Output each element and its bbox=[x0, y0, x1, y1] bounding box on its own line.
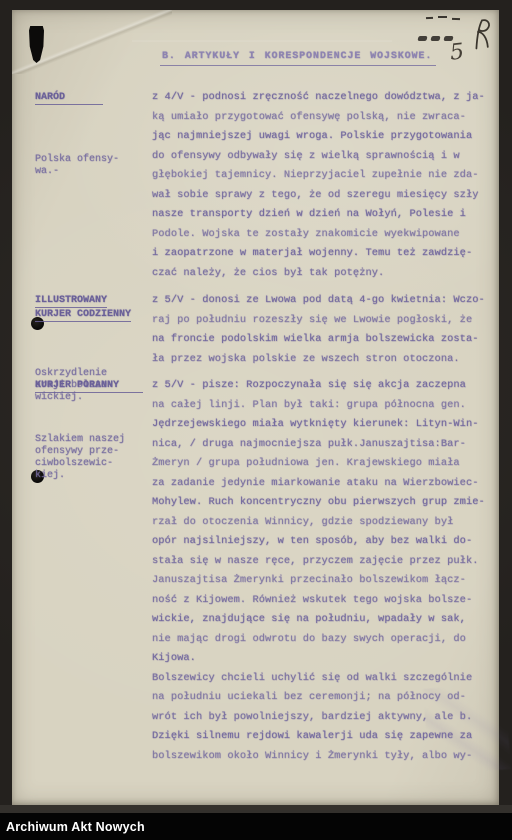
body-line: z 5/V - donosi ze Lwowa pod datą 4-go kw… bbox=[152, 291, 493, 311]
body-line: i zaopatrzone w materjał wojenny. Temu t… bbox=[152, 244, 493, 264]
body-line: czać należy, że cios był tak potężny. bbox=[152, 264, 493, 284]
margin-heading: KURJER CODZIENNY bbox=[35, 308, 131, 322]
margin-note-line: wa.- bbox=[35, 166, 151, 178]
pencil-smudge-marks bbox=[418, 28, 466, 36]
margin-note-line: Polska ofensy- bbox=[35, 154, 151, 166]
margin-heading: ILLUSTROWANY bbox=[35, 294, 107, 308]
body-line: do ofensywy odbywały się z wielką sprawn… bbox=[152, 147, 493, 167]
body-line: nica, / druga najmocniejsza pułk.Janusza… bbox=[152, 435, 493, 455]
body-line: nie mając drogi odwrotu do bazy swych op… bbox=[152, 630, 493, 650]
body-line: ką umiało przygotować ofensywę polską, n… bbox=[152, 108, 493, 128]
paper-crease bbox=[132, 36, 392, 46]
faint-stamp-smudge bbox=[423, 683, 511, 775]
document-title: B. ARTYKUŁY I KORESPONDENCJE WOJSKOWE. bbox=[160, 51, 436, 66]
archive-name: Archiwum Akt Nowych bbox=[6, 820, 145, 834]
body-line: głębokiej tajemnicy. Nieprzyjaciel zupeł… bbox=[152, 166, 493, 186]
body-line: Bolszewicy chcieli uchylić się od walki … bbox=[152, 669, 493, 689]
margin-heading: NARÓD bbox=[35, 91, 103, 105]
body-line: jąc najmniejszej uwagi wroga. Polskie pr… bbox=[152, 127, 493, 147]
body-line: stała się w nasze ręce, przyczem zajęcie… bbox=[152, 552, 493, 572]
body-line: Mohylew. Ruch koncentryczny obu pierwszy… bbox=[152, 493, 493, 513]
body-line: wickie, znajdujące się na południu, wpad… bbox=[152, 610, 493, 630]
body-line: wał sobie sprawy z tego, że od szeregu m… bbox=[152, 186, 493, 206]
body-line: Jędrzejewskiego miała wytknięty kierunek… bbox=[152, 415, 493, 435]
scan-background: 5 B. ARTYKUŁY I KORESPONDENCJE WOJSKOWE.… bbox=[0, 0, 512, 840]
body-line: za zadanie jedynie miarkowanie ataku na … bbox=[152, 474, 493, 494]
body-column: z 5/V - donosi ze Lwowa pod datą 4-go kw… bbox=[152, 291, 493, 369]
margin-note-line: ciwbolszewic- bbox=[35, 458, 151, 470]
margin-column: KURJER PORANNY Szlakiem naszejofensywy p… bbox=[35, 376, 151, 482]
body-line: ność z Kijowem. Również wskutek tego woj… bbox=[152, 591, 493, 611]
document-page: 5 B. ARTYKUŁY I KORESPONDENCJE WOJSKOWE.… bbox=[12, 10, 499, 805]
pencil-dash-marks bbox=[426, 16, 478, 21]
body-line: na froncie podolskim wielka armja bolsze… bbox=[152, 330, 493, 350]
body-line: Kijowa. bbox=[152, 649, 493, 669]
margin-column: NARÓD Polska ofensy-wa.- bbox=[35, 88, 151, 178]
margin-note-line: kiej. bbox=[35, 470, 151, 482]
body-line: nasze transporty dzień w dzień na Wołyń,… bbox=[152, 205, 493, 225]
ink-blot bbox=[29, 26, 44, 63]
scan-edge-strip bbox=[0, 805, 512, 813]
margin-heading: KURJER PORANNY bbox=[35, 379, 143, 393]
body-line: rzał do otoczenia Winnicy, gdzie spodzie… bbox=[152, 513, 493, 533]
body-line: Januszajtisa Żmerynki przecinało bolszew… bbox=[152, 571, 493, 591]
body-line: Żmeryn / grupa południowa jen. Krajewski… bbox=[152, 454, 493, 474]
body-line: z 4/V - podnosi zręczność naczelnego dow… bbox=[152, 88, 493, 108]
margin-note-line: Szlakiem naszej bbox=[35, 434, 151, 446]
body-column: z 4/V - podnosi zręczność naczelnego dow… bbox=[152, 88, 493, 283]
page-number: 5 bbox=[449, 39, 466, 65]
body-line: raj po południu rozeszły się we Lwowie p… bbox=[152, 311, 493, 331]
handwritten-initial bbox=[469, 16, 496, 53]
body-line: z 5/V - pisze: Rozpoczynała się się akcj… bbox=[152, 376, 493, 396]
body-line: ła przez wojska polskie ze wszech stron … bbox=[152, 350, 493, 370]
body-line: na całej linji. Plan był taki: grupa pół… bbox=[152, 396, 493, 416]
margin-note-line: ofensywy prze- bbox=[35, 446, 151, 458]
archive-footer: Archiwum Akt Nowych bbox=[0, 813, 512, 840]
body-line: opór najsilniejszy, w ten sposób, aby be… bbox=[152, 532, 493, 552]
body-line: Podole. Wojska te zostały znakomicie wye… bbox=[152, 225, 493, 245]
